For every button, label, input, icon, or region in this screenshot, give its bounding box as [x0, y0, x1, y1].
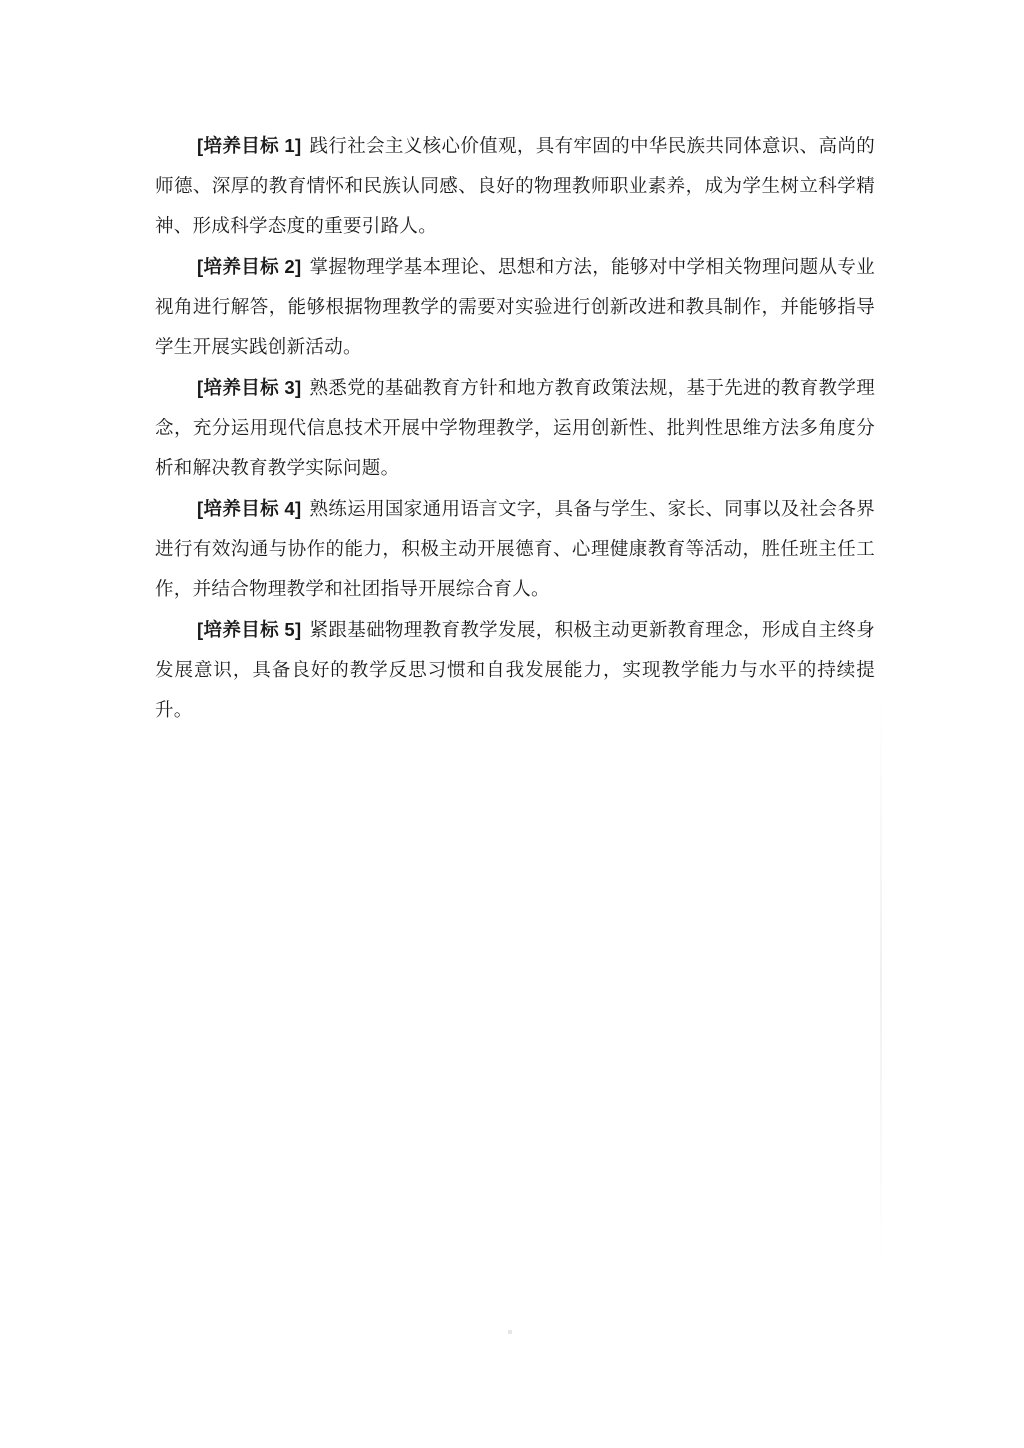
goal-label: [培养目标 4]: [197, 498, 301, 519]
scan-edge-artifact: [880, 700, 882, 1260]
training-goal-5: [培养目标 5]紧跟基础物理教育教学发展，积极主动更新教育理念，形成自主终身发展…: [155, 610, 875, 731]
training-goal-1: [培养目标 1]践行社会主义核心价值观，具有牢固的中华民族共同体意识、高尚的师德…: [155, 126, 875, 247]
page-footer-mark: [508, 1330, 512, 1334]
goal-label: [培养目标 5]: [197, 619, 301, 640]
document-page: [培养目标 1]践行社会主义核心价值观，具有牢固的中华民族共同体意识、高尚的师德…: [155, 126, 875, 731]
training-goal-4: [培养目标 4]熟练运用国家通用语言文字，具备与学生、家长、同事以及社会各界进行…: [155, 489, 875, 610]
goal-label: [培养目标 1]: [197, 135, 301, 156]
training-goal-3: [培养目标 3]熟悉党的基础教育方针和地方教育政策法规，基于先进的教育教学理念，…: [155, 368, 875, 489]
goal-label: [培养目标 2]: [197, 256, 301, 277]
goal-label: [培养目标 3]: [197, 377, 301, 398]
training-goal-2: [培养目标 2]掌握物理学基本理论、思想和方法，能够对中学相关物理问题从专业视角…: [155, 247, 875, 368]
